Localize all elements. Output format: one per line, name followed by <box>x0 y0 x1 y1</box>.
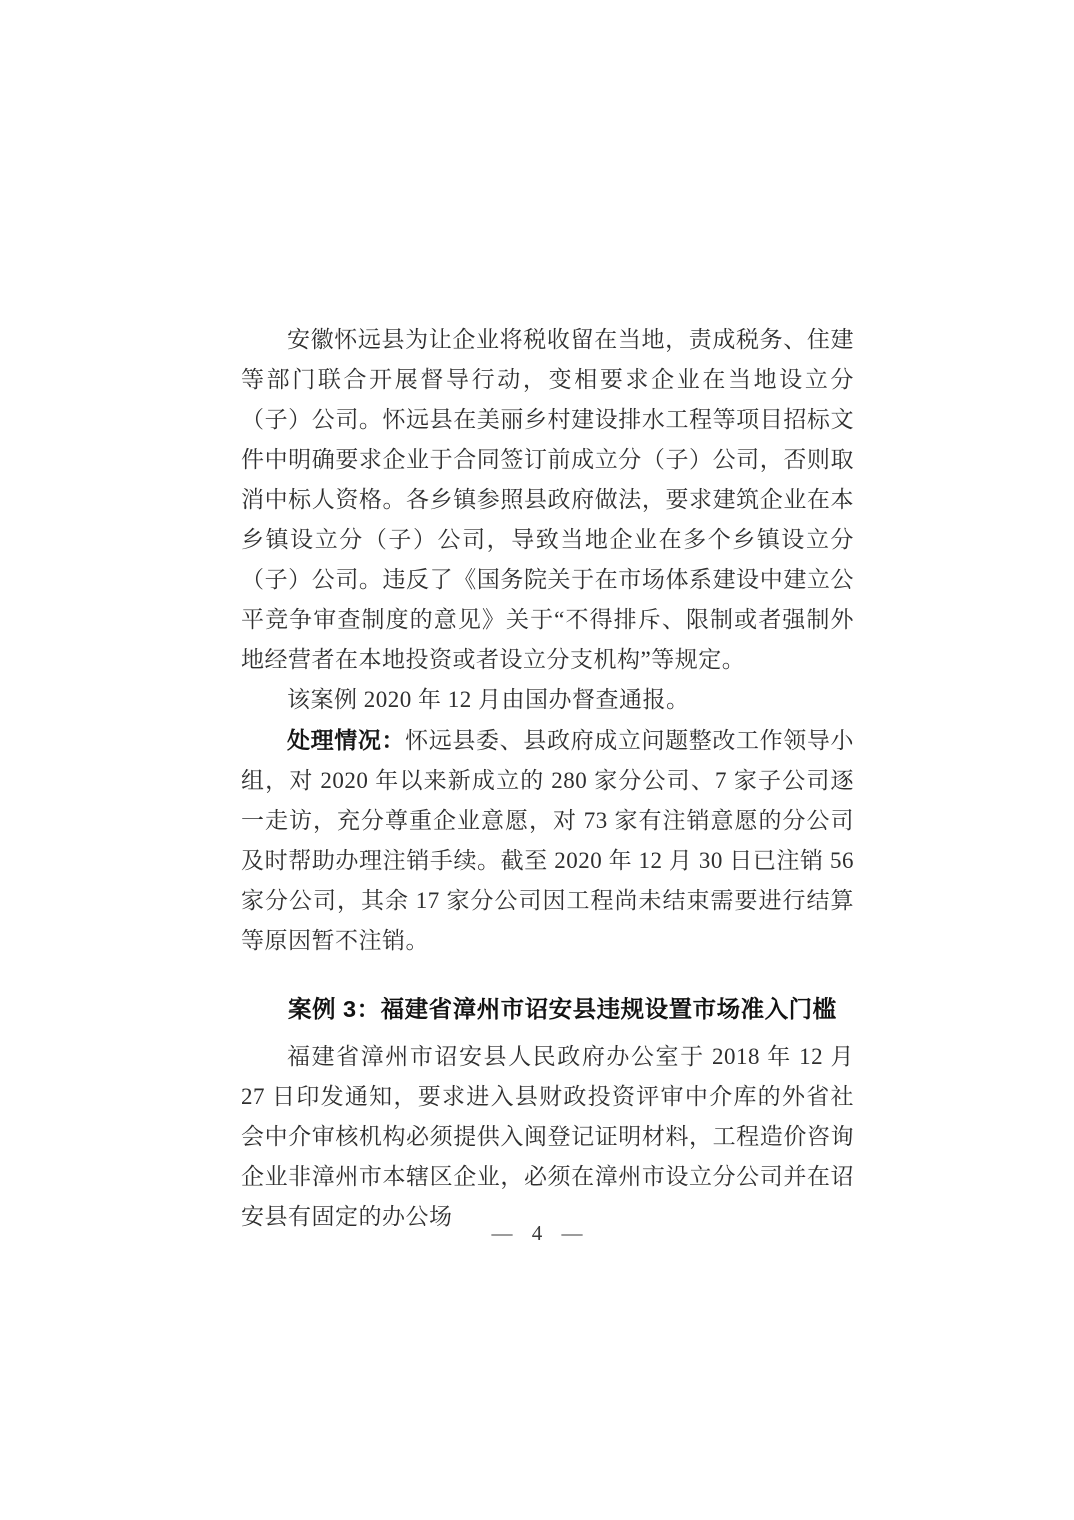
case3-heading: 案例 3：福建省漳州市诏安县违规设置市场准入门槛 <box>241 989 854 1029</box>
handling-status-body: 怀远县委、县政府成立问题整改工作领导小组，对 2020 年以来新成立的 280 … <box>241 728 854 953</box>
document-page: 安徽怀远县为让企业将税收留在当地，责成税务、住建等部门联合开展督导行动，变相要求… <box>0 0 1074 1520</box>
handling-status-label: 处理情况： <box>287 727 405 753</box>
document-body: 安徽怀远县为让企业将税收留在当地，责成税务、住建等部门联合开展督导行动，变相要求… <box>241 320 854 1237</box>
paragraph-handling-status: 处理情况：怀远县委、县政府成立问题整改工作领导小组，对 2020 年以来新成立的… <box>241 720 854 961</box>
page-number: — 4 — <box>0 1220 1074 1246</box>
paragraph-fujian-zhaoan-case: 福建省漳州市诏安县人民政府办公室于 2018 年 12 月 27 日印发通知，要… <box>241 1037 854 1237</box>
paragraph-anhui-huaiyuan-case: 安徽怀远县为让企业将税收留在当地，责成税务、住建等部门联合开展督导行动，变相要求… <box>241 320 854 680</box>
paragraph-case-report-source: 该案例 2020 年 12 月由国办督查通报。 <box>241 680 854 720</box>
